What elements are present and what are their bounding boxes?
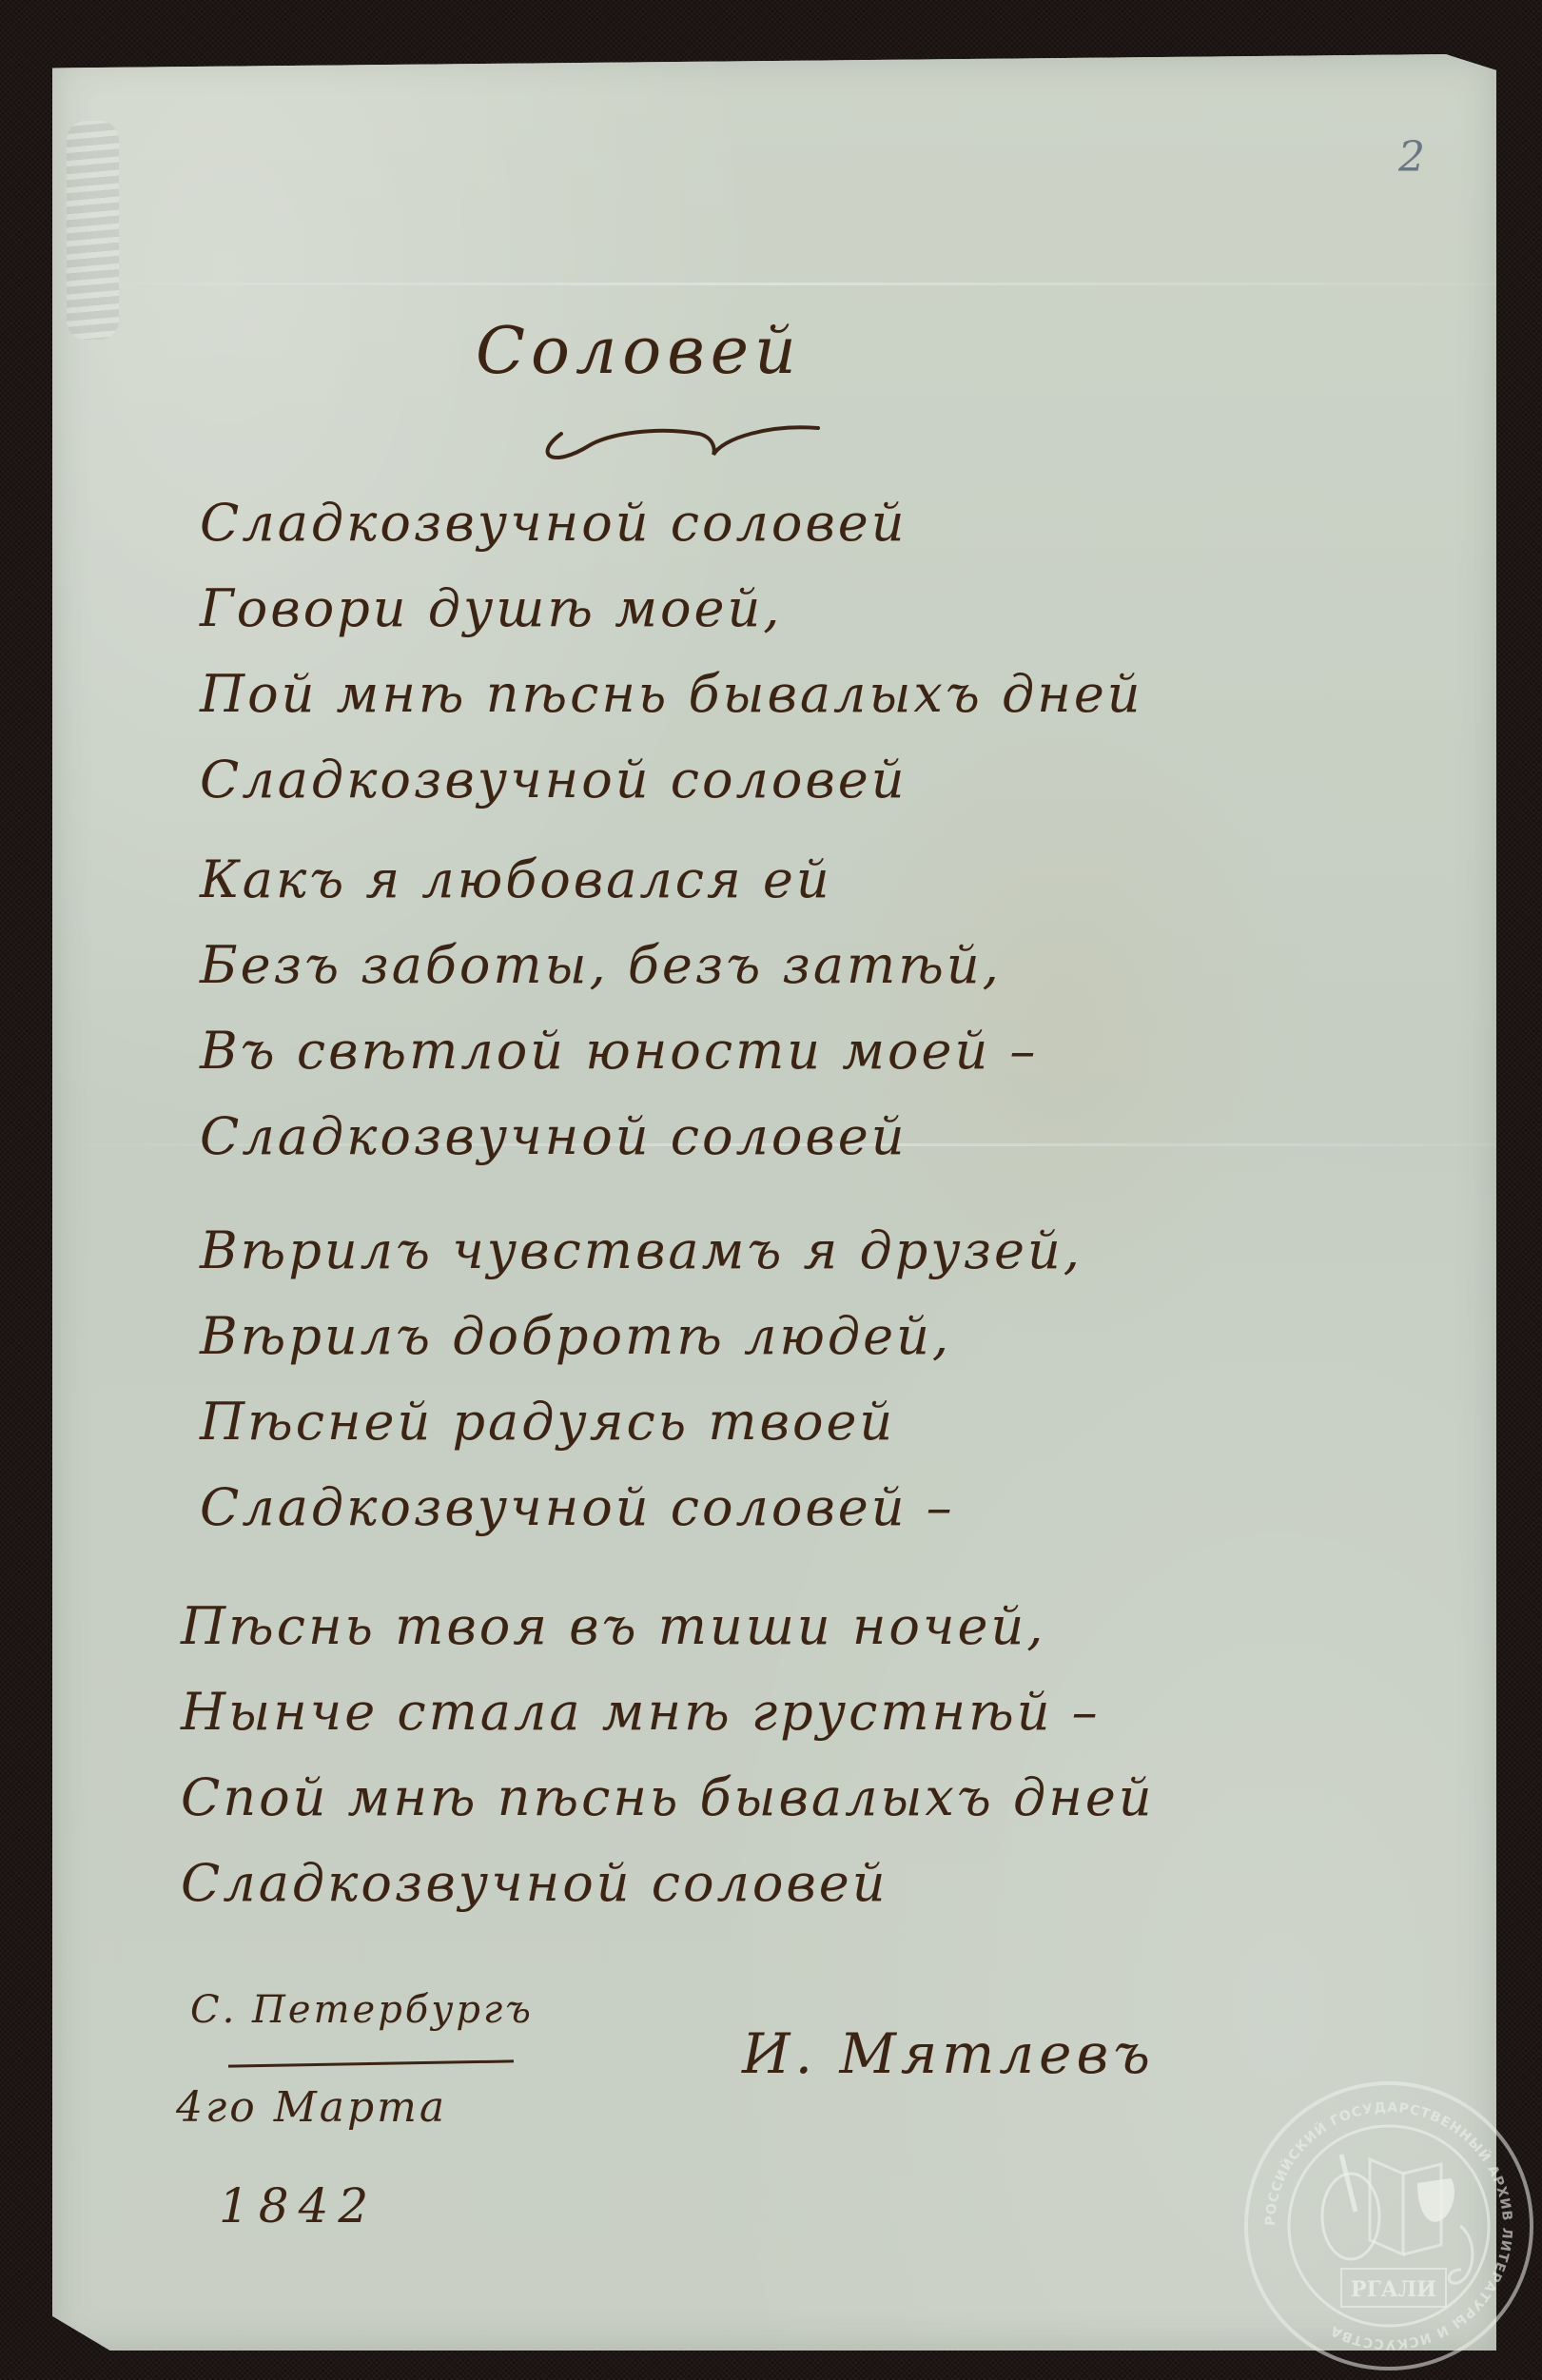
verse-line: Сладкозвучной соловей — [181, 1841, 1436, 1926]
stanza-4: Пѣснь твоя въ тиши ночей, Нынче стала мн… — [181, 1584, 1436, 1926]
verse-line: Пѣсней радуясь твоей — [200, 1379, 1455, 1465]
archive-page-number: 2 — [1398, 133, 1425, 182]
verse-line: Говори душѣ моей, — [200, 566, 1455, 652]
fold-line — [52, 283, 1496, 285]
verse-line: Въ свѣтлой юности моей – — [200, 1008, 1455, 1094]
verse-line: Вѣрилъ добротѣ людей, — [200, 1294, 1455, 1379]
verse-line: Сладкозвучной соловей — [200, 480, 1455, 566]
stanza-3: Вѣрилъ чувствамъ я друзей, Вѣрилъ доброт… — [200, 1208, 1455, 1551]
stanza-1: Сладкозвучной соловей Говори душѣ моей, … — [200, 480, 1455, 823]
verse-line: Сладкозвучной соловей — [200, 737, 1455, 823]
title-flourish-ornament — [533, 417, 828, 464]
verse-line: Вѣрилъ чувствамъ я друзей, — [200, 1208, 1455, 1294]
paper-crease — [67, 121, 119, 340]
stamp-label: РГАЛИ — [1351, 2277, 1436, 2302]
poem-title: Соловей — [476, 314, 802, 389]
archive-stamp-icon: РОССИЙСКИЙ ГОСУДАРСТВЕННЫЙ АРХИВ ЛИТЕРАТ… — [1237, 2074, 1541, 2378]
verse-line: Сладкозвучной соловей — [200, 1094, 1455, 1180]
verse-line: Нынче стала мнѣ грустнѣй – — [181, 1669, 1436, 1755]
date-day-month: 4го Марта — [176, 2083, 447, 2132]
date-year: 1842 — [219, 2178, 378, 2234]
verse-line: Спой мнѣ пѣснь бывалыхъ дней — [181, 1755, 1436, 1841]
stamp-ring-text: РОССИЙСКИЙ ГОСУДАРСТВЕННЫЙ АРХИВ ЛИТЕРАТ… — [1263, 2100, 1514, 2351]
verse-line: Пѣснь твоя въ тиши ночей, — [181, 1584, 1436, 1669]
verse-line: Сладкозвучной соловей – — [200, 1465, 1455, 1551]
verse-line: Безъ заботы, безъ затѣй, — [200, 923, 1455, 1008]
verse-line: Какъ я любовался ей — [200, 837, 1455, 923]
stanza-2: Какъ я любовался ей Безъ заботы, безъ за… — [200, 837, 1455, 1180]
place-of-writing: С. Петербургъ — [190, 1988, 534, 2032]
svg-text:РОССИЙСКИЙ ГОСУДАРСТВЕННЫЙ АРХ: РОССИЙСКИЙ ГОСУДАРСТВЕННЫЙ АРХИВ ЛИТЕРАТ… — [1263, 2100, 1514, 2351]
author-signature: И. Мятлевъ — [742, 2021, 1155, 2086]
verse-line: Пой мнѣ пѣснь бывалыхъ дней — [200, 652, 1455, 737]
